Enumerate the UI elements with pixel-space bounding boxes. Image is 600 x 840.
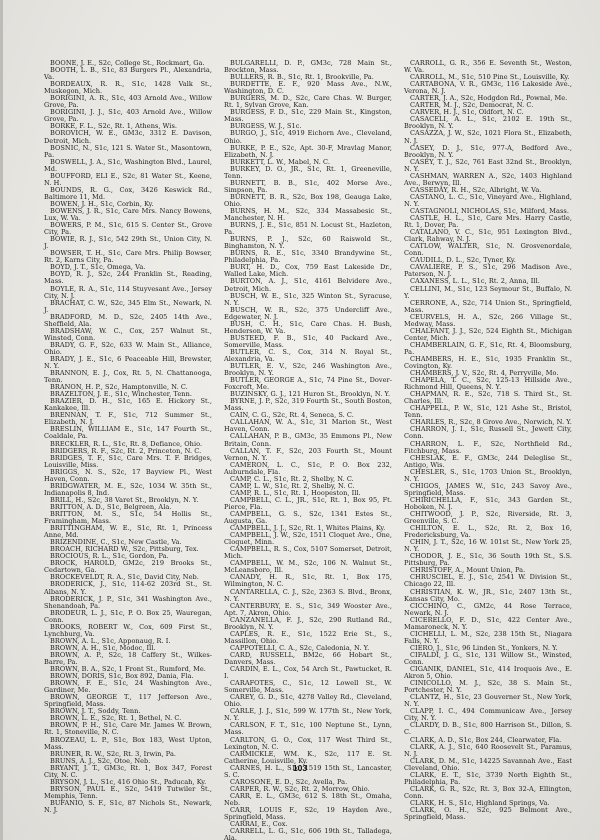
roster-entry: BOYLE, R. A., S1c, 114 Stuyvesant Ave., …: [44, 286, 212, 300]
roster-entry: CANTERBURY, E. S., S1c, 349 Wooster Ave.…: [224, 603, 392, 617]
roster-entry: BRADSHAW, W. C., Cox, 257 Walnut St., Wi…: [44, 328, 212, 342]
roster-entry: CLARK, A. J., S1c, 640 Roosevelt St., Pa…: [404, 744, 572, 758]
roster-entry: CHIRICHELLA, F., S1c, 343 Garden St., Ho…: [404, 497, 572, 511]
roster-entry: BULGARELLI, D. P., GM3c, 728 Main St., B…: [224, 60, 392, 74]
roster-entry: BORIGINI, A. R., S1c, 403 Arnold Ave., W…: [44, 95, 212, 109]
roster-entry: BRADY, J. E., S1c, 6 Peaceable Hill, Bre…: [44, 356, 212, 370]
roster-entry: BUSCH, W. R., S2c, 375 Undercliff Ave., …: [224, 307, 392, 321]
roster-entry: CICERELLO, F. D., S1c, 422 Center Ave., …: [404, 617, 572, 631]
roster-entry: BRITTINGHAM, W. E., S1c, Rt. 1, Princess…: [44, 525, 212, 539]
roster-entry: BOUNDS, R. G., Cox, 3426 Keswick Rd., Ba…: [44, 187, 212, 201]
roster-entry: CARRELL, L. G., S1c, 606 19th St., Talla…: [224, 828, 392, 840]
roster-entry: BRIDGWATER, M. E., S2c, 1034 W. 35th St.…: [44, 483, 212, 497]
roster-entry: CASTLE, H. L., S1c, Care Mrs. Harry Cast…: [404, 215, 572, 229]
roster-entry: CARD, RUSSELL, BM2c, 66 Hobart St., Danv…: [224, 652, 392, 666]
roster-entry: BUFANIO, S. F., S1c, 87 Nichols St., New…: [44, 800, 212, 814]
roster-entry: BOYD, R. J., S2c, 244 Franklin St., Read…: [44, 271, 212, 285]
roster-entry: BURKE, P. E., S2c, Apt. 30-F, Mravlag Ma…: [224, 145, 392, 159]
roster-entry: BRIGGS, N. S., S2c, 17 Bayview Pl., West…: [44, 469, 212, 483]
roster-entry: BRODERICK, J. P., S1c, 341 Washington Av…: [44, 596, 212, 610]
roster-entry: CEURVELS, H. A., S2c, 266 Village St., M…: [404, 314, 572, 328]
roster-entry: CHODOR, J. E., S1c, 36 South 19th St., S…: [404, 553, 572, 567]
roster-entry: CASTANO, L. C., S1c, Vineyard Ave., High…: [404, 194, 572, 208]
roster-entry: BRACHAT, C. W., S2c, 345 Elm St., Newark…: [44, 300, 212, 314]
roster-entry: CHILTON, E. L., S2c, Rt. 2, Box 16, Fred…: [404, 525, 572, 539]
roster-entry: BOWENS, J. R., S1c, Care Mrs. Nancy Bowe…: [44, 208, 212, 222]
roster-entry: CIFALDI, J. G., S1c, 131 Willow St., Win…: [404, 652, 572, 666]
roster-entry: BROOKS, ROBERT W., Cox, 609 First St., L…: [44, 624, 212, 638]
roster-entry: CHAMBERLAIN, G. F., S1c, Rt. 4, Bloomsbu…: [404, 342, 572, 356]
roster-entry: CHITWOOD, J. P., S2c, Riverside, Rt. 3, …: [404, 511, 572, 525]
roster-entry: CINICOLLO, M. J., S2c, 38 S. Main St., P…: [404, 680, 572, 694]
roster-entry: CARAFOTES, C., S1c, 12 Lowell St., W. So…: [224, 680, 392, 694]
roster-entry: BURTON, A. J., S1c, 4161 Belvidere Ave.,…: [224, 278, 392, 292]
roster-entry: CATALANO, V. C., S1c, 951 Lexington Blvd…: [404, 229, 572, 243]
roster-entry: CIGANIK, DANIEL, S1c, 414 Iroquois Ave.,…: [404, 666, 572, 680]
page-number: 103: [0, 763, 600, 773]
roster-entry: BROWN, F. E., S1c, 24 Washington Ave., G…: [44, 680, 212, 694]
roster-entry: CHESLER, S., S1c, 1703 Union St., Brookl…: [404, 469, 572, 483]
roster-entry: BRADY, G. F., S2c, 633 W. Main St., Alli…: [44, 342, 212, 356]
roster-entry: BUTLER, GEORGE A., S1c, 74 Pine St., Dov…: [224, 377, 392, 391]
roster-entry: BRADFORD, M. D., S2c, 2405 14th Ave., Sh…: [44, 314, 212, 328]
roster-entry: CHAPELA, T. C., S2c, 125-13 Hillside Ave…: [404, 377, 572, 391]
roster-entry: BROWN, A. P., S2c, 18 Caffery St., Wilke…: [44, 652, 212, 666]
roster-entry: BROZEAU, L. P., S1c, Box 183, West Upton…: [44, 737, 212, 751]
roster-columns: BOONE, J. E., S2c, College St., Rockmart…: [44, 60, 572, 840]
roster-entry: CLARK, G. R., S2c, Rt. 3, Box 32-A, Elli…: [404, 786, 572, 800]
roster-entry: CARLTON, G. O., Cox, 117 West Third St.,…: [224, 737, 392, 751]
roster-entry: BURNS, P. J., S2c, 60 Raiswold St., Bing…: [224, 236, 392, 250]
roster-entry: CASACELI, A. L., S1c, 2102 E. 19th St., …: [404, 116, 572, 130]
roster-entry: BROCK, HAROLD, GM2c, 219 Brooks St., Ced…: [44, 560, 212, 574]
roster-entry: BURGO, J., S1c, 4919 Eichorn Ave., Cleve…: [224, 130, 392, 144]
roster-entry: BRYSON, PAUL E., S2c, 5419 Tutwiler St.,…: [44, 786, 212, 800]
roster-entry: BURGERS, M. D., S2c, Care Chas. W. Burge…: [224, 95, 392, 109]
roster-entry: CLAPP, I. C., 494 Communicaw Ave., Jerse…: [404, 708, 572, 722]
roster-entry: BURNETT, B. B., S1c, 402 Morse Ave., Sim…: [224, 180, 392, 194]
roster-entry: BRIDGES, T. F., S1c, Care Mrs. T. F. Bri…: [44, 455, 212, 469]
roster-entry: CARTABONA, V. R., GM3c, 116 Lakeside Ave…: [404, 81, 572, 95]
roster-entry: BOWSER, T. H., S1c, Care Mrs. Philip Bow…: [44, 250, 212, 264]
roster-entry: CARROLL, G. R., 356 E. Seventh St., West…: [404, 60, 572, 74]
roster-entry: CARLE, J. J., S1c, 599 W. 177th St., New…: [224, 708, 392, 722]
column-left: BOONE, J. E., S2c, College St., Rockmart…: [44, 60, 212, 840]
roster-entry: BROWN, P. H., S1c, Care Mr. James W. Bro…: [44, 722, 212, 736]
roster-entry: BURNS, J. E., S1c, 851 N. Locust St., Ha…: [224, 222, 392, 236]
roster-entry: CHAMBERS, H. E., S1c, 1935 Franklin St.,…: [404, 356, 572, 370]
roster-entry: BUSH, C. H., S1c, Care Chas. H. Bush, He…: [224, 321, 392, 335]
roster-entry: BURNS, H. M., S2c, 334 Massabesic St., M…: [224, 208, 392, 222]
roster-entry: BRAZIER, D. H., S1c, 165 E. Hickory St.,…: [44, 398, 212, 412]
roster-entry: BURT, H. D., Cox, 759 East Lakeside Dr.,…: [224, 264, 392, 278]
roster-entry: CHIN, J. T., S2c, 16 W. 101st St., New Y…: [404, 539, 572, 553]
roster-entry: BOSWELL, J. A., S1c, Washington Blvd., L…: [44, 159, 212, 173]
roster-entry: CARLSON, F. T., S1c, 100 Neptune St., Ly…: [224, 722, 392, 736]
roster-entry: CICCHINO, C., GM2c, 44 Rose Terrace, New…: [404, 603, 572, 617]
roster-entry: CAMPBELL, G. S., S2c, 1341 Estes St., Au…: [224, 511, 392, 525]
roster-entry: CICHELLI, L. M., S2c, 238 15th St., Niag…: [404, 631, 572, 645]
roster-entry: CASAZZA, J. W., S2c, 1021 Flora St., Eli…: [404, 130, 572, 144]
roster-entry: CHALFANT, J. J., S2c, 524 Eighth St., Mi…: [404, 328, 572, 342]
roster-entry: CHESLAK, E. F., GM3c, 244 Deleglise St.,…: [404, 455, 572, 469]
roster-entry: CHARRON, L. F., S2c, Northfield Rd., Fit…: [404, 441, 572, 455]
roster-entry: CARR, E. L., GM3c, 612 S. 18th St., Omah…: [224, 793, 392, 807]
roster-entry: CAREY, G. D., S1c, 4278 Valley Rd., Clev…: [224, 694, 392, 708]
roster-entry: CAVALIERE, P. S., S1c, 296 Madison Ave.,…: [404, 264, 572, 278]
roster-entry: CAMPBELL, J. W., S2c, 1511 Cloquet Ave.,…: [224, 532, 392, 546]
roster-entry: BOSNIC, N., S1c, 121 S. Water St., Mason…: [44, 145, 212, 159]
roster-entry: CLANTZ, H., S1c, 23 Gouverner St., New Y…: [404, 694, 572, 708]
roster-page: BOONE, J. E., S2c, College St., Rockmart…: [0, 0, 600, 840]
column-middle: BULGARELLI, D. P., GM3c, 728 Main St., B…: [224, 60, 392, 840]
roster-entry: CHIGOS, JAMES W., S1c, 243 Savoy Ave., S…: [404, 483, 572, 497]
roster-entry: CALLAHAN, W. A., S1c, 31 Marion St., Wes…: [224, 419, 392, 433]
roster-entry: CHRUSCIEL, E. J., S1c, 2541 W. Division …: [404, 574, 572, 588]
column-right: CARROLL, G. R., 356 E. Seventh St., West…: [404, 60, 572, 840]
roster-entry: CANZANELLA, F. J., S2c, 290 Rutland Rd.,…: [224, 617, 392, 631]
roster-entry: BRANNON, E. J., Cox, Rt. 5, N. Chattanoo…: [44, 370, 212, 384]
roster-entry: CERRONE, A., S2c, 714 Union St., Springf…: [404, 300, 572, 314]
roster-entry: BUSTEED, F. B., S1c, 40 Packard Ave., So…: [224, 335, 392, 349]
roster-entry: BOWERS, P. M., S1c, 615 S. Center St., G…: [44, 222, 212, 236]
roster-entry: BRESLIN, WILLIAM E., S1c, 147 Fourth St.…: [44, 426, 212, 440]
roster-entry: CARR, LOUIS F., S2c, 19 Hayden Ave., Spr…: [224, 807, 392, 821]
roster-entry: CASEY, D. J., S1c, 977-A, Bedford Ave., …: [404, 145, 572, 159]
roster-entry: CAMPBELL, W. M., S2c, 106 N. Walnut St.,…: [224, 560, 392, 574]
roster-entry: BOUFFORD, ELI E., S2c, 81 Water St., Kee…: [44, 173, 212, 187]
roster-entry: BOWIE, R. J., S1c, 542 29th St., Union C…: [44, 236, 212, 250]
roster-entry: CHRISTIAN, K. W., JR., S1c, 2407 13th St…: [404, 589, 572, 603]
roster-entry: BURKEY, D. O., JR., S1c, Rt. 1, Greenevi…: [224, 166, 392, 180]
roster-entry: CLARDY, D. B., S1c, 800 Harrison St., Di…: [404, 722, 572, 736]
roster-entry: BORIGINI, J. J., S1c, 403 Arnold Ave., W…: [44, 109, 212, 123]
roster-entry: BURDETTE, E. F., 920 Mass Ave., N.W., Wa…: [224, 81, 392, 95]
roster-entry: CANTARELLA, C. J., S2c, 2363 S. Blvd., B…: [224, 589, 392, 603]
roster-entry: CAMERON, L. C., S1c, P. O. Box 232, Aubu…: [224, 462, 392, 476]
roster-entry: BYRNE, J. P., S2c, 319 Fourth St., South…: [224, 398, 392, 412]
roster-entry: BURNETT, B. R., S2c, Box 198, Geauga Lak…: [224, 194, 392, 208]
roster-entry: CASEY, T. J., S2c, 761 East 32nd St., Br…: [404, 159, 572, 173]
roster-entry: BRITTON, M. S., S1c, 54 Hollis St., Fram…: [44, 511, 212, 525]
roster-entry: CHARRON, J. I., S1c, Russell St., Jewett…: [404, 426, 572, 440]
roster-entry: BURGESS, F. D., S1c, 229 Main St., Kings…: [224, 109, 392, 123]
roster-entry: CAPLES, R. E., S1c, 1522 Erie St., S., M…: [224, 631, 392, 645]
roster-entry: CANADY, H. R., S1c, Rt. 1, Box 175, Wilm…: [224, 574, 392, 588]
roster-entry: CHAPMAN, R. E., S2c, 718 S. Third St., S…: [404, 391, 572, 405]
roster-entry: BURNS, R. E., S1c, 3340 Brandywine St., …: [224, 250, 392, 264]
roster-entry: CASHMAN, WARREN A., S2c, 1403 Highland A…: [404, 173, 572, 187]
roster-entry: CATLOW, WALTER, S1c, N. Grosvenordale, C…: [404, 243, 572, 257]
roster-entry: BOOTH, L. B., S1c, 83 Burgers Pl., Alexa…: [44, 67, 212, 81]
roster-entry: CELLINI, M., S1c, 123 Seymour St., Buffa…: [404, 286, 572, 300]
roster-entry: CALLAN, T. F., S2c, 203 Fourth St., Moun…: [224, 448, 392, 462]
roster-entry: BOROVICH, W. E., GM3c, 3312 E. Davison, …: [44, 130, 212, 144]
roster-entry: BRENNAN, T. F., S1c, 712 Summer St., Eli…: [44, 412, 212, 426]
roster-entry: BORDEAUX, R. R., S1c, 1428 Valk St., Mus…: [44, 81, 212, 95]
roster-entry: BUTLER, C. S., Cox, 314 N. Royal St., Al…: [224, 349, 392, 363]
roster-entry: BUTLER, E. V., S2c, 246 Washington Ave.,…: [224, 363, 392, 377]
roster-entry: CAMPBELL, C. L., JR., S1c, Rt. 1, Box 95…: [224, 497, 392, 511]
roster-entry: BUSCH, W. E., S1c, 325 Winton St., Syrac…: [224, 293, 392, 307]
roster-entry: CHAPPELL, P. W., S1c, 121 Ashe St., Bris…: [404, 405, 572, 419]
roster-entry: CAMPBELL, R. S., Cox, 5107 Somerset, Det…: [224, 546, 392, 560]
roster-entry: CARDIN, E. L., Cox, 54 Arch St., Pawtuck…: [224, 666, 392, 680]
roster-entry: CLARK, E. T., S1c, 3739 North Eighth St.…: [404, 772, 572, 786]
roster-entry: BROWN, GEORGE T., 117 Jefferson Ave., Sp…: [44, 694, 212, 708]
roster-entry: BRODEUR, L. J., S1c, P. O. Box 25, Waure…: [44, 610, 212, 624]
roster-entry: BRODERICK, J., S1c, 114-62 203rd St., St…: [44, 581, 212, 595]
roster-entry: CLARK, O. H., S2c, 925 Belmont Ave., Spr…: [404, 807, 572, 821]
roster-entry: CALLAHAN, P. B., GM3c, 35 Emmons Pl., Ne…: [224, 433, 392, 447]
